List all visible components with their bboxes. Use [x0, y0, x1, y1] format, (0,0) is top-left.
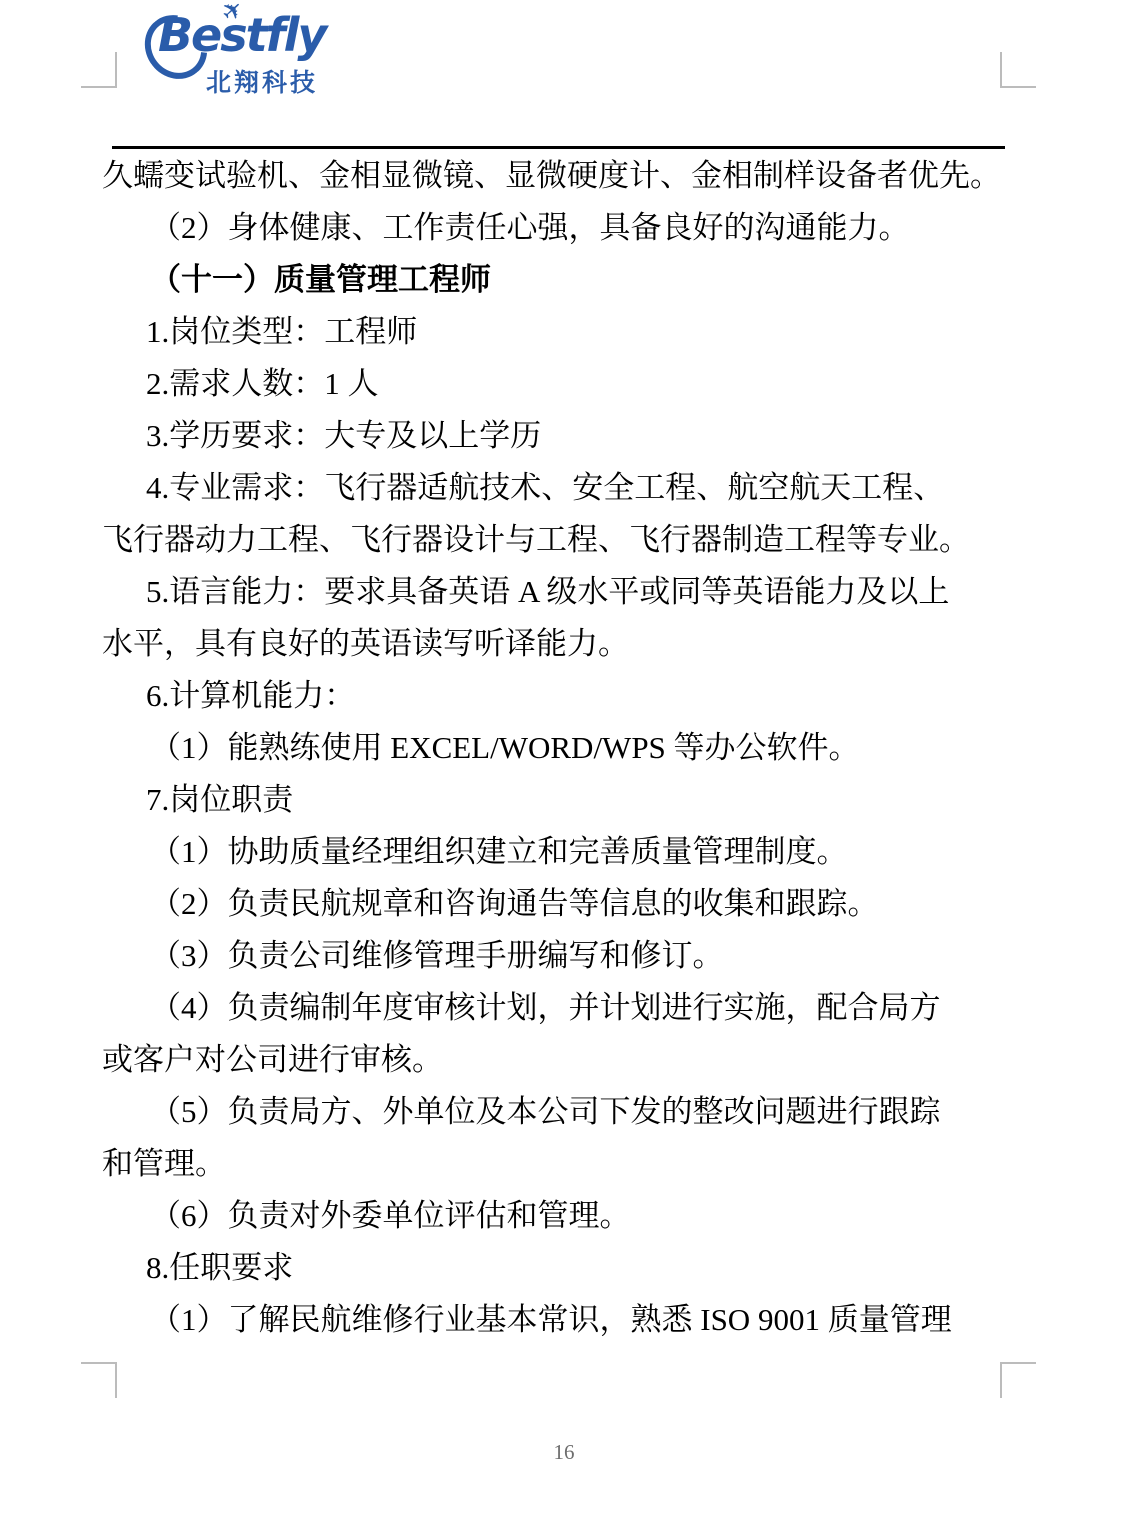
- logo-brand-text: Bestfly: [158, 12, 325, 58]
- paragraph-line: 5.语言能力：要求具备英语 A 级水平或同等英语能力及以上: [102, 566, 1010, 618]
- logo-chinese-name: 北翔科技: [206, 70, 318, 95]
- page-number: 16: [0, 1440, 1128, 1465]
- header-divider: [112, 146, 1005, 149]
- company-logo: ✈ Bestfly 北翔科技: [158, 4, 388, 104]
- paragraph-line: （1）协助质量经理组织建立和完善质量管理制度。: [102, 826, 1010, 878]
- paragraph-line: 久蠕变试验机、金相显微镜、显微硬度计、金相制样设备者优先。: [102, 150, 1010, 202]
- crop-mark-bottom-right: [1000, 1362, 1036, 1398]
- paragraph-line: 3.学历要求：大专及以上学历: [102, 410, 1010, 462]
- paragraph-line: 6.计算机能力：: [102, 670, 1010, 722]
- paragraph-line: 8.任职要求: [102, 1242, 1010, 1294]
- paragraph-line: （6）负责对外委单位评估和管理。: [102, 1190, 1010, 1242]
- crop-mark-top-right: [1000, 52, 1036, 88]
- paragraph-line: 2.需求人数：1 人: [102, 358, 1010, 410]
- paragraph-line: （5）负责局方、外单位及本公司下发的整改问题进行跟踪: [102, 1086, 1010, 1138]
- paragraph-line: 或客户对公司进行审核。: [102, 1034, 1010, 1086]
- paragraph-line: 4.专业需求：飞行器适航技术、安全工程、航空航天工程、: [102, 462, 1010, 514]
- crop-mark-bottom-left: [81, 1362, 117, 1398]
- paragraph-line: （1）能熟练使用 EXCEL/WORD/WPS 等办公软件。: [102, 722, 1010, 774]
- paragraph-line: 水平，具有良好的英语读写听译能力。: [102, 618, 1010, 670]
- paragraph-line: （2）身体健康、工作责任心强，具备良好的沟通能力。: [102, 202, 1010, 254]
- paragraph-line: 飞行器动力工程、飞行器设计与工程、飞行器制造工程等专业。: [102, 514, 1010, 566]
- section-heading: （十一）质量管理工程师: [102, 254, 1010, 306]
- paragraph-line: （1）了解民航维修行业基本常识，熟悉 ISO 9001 质量管理: [102, 1294, 1010, 1346]
- paragraph-line: 7.岗位职责: [102, 774, 1010, 826]
- paragraph-line: 1.岗位类型：工程师: [102, 306, 1010, 358]
- document-body: 久蠕变试验机、金相显微镜、显微硬度计、金相制样设备者优先。（2）身体健康、工作责…: [102, 150, 1010, 1346]
- paragraph-line: （3）负责公司维修管理手册编写和修订。: [102, 930, 1010, 982]
- document-page: ✈ Bestfly 北翔科技 久蠕变试验机、金相显微镜、显微硬度计、金相制样设备…: [0, 0, 1128, 1536]
- paragraph-line: 和管理。: [102, 1138, 1010, 1190]
- crop-mark-top-left: [81, 52, 117, 88]
- paragraph-line: （4）负责编制年度审核计划，并计划进行实施，配合局方: [102, 982, 1010, 1034]
- paragraph-line: （2）负责民航规章和咨询通告等信息的收集和跟踪。: [102, 878, 1010, 930]
